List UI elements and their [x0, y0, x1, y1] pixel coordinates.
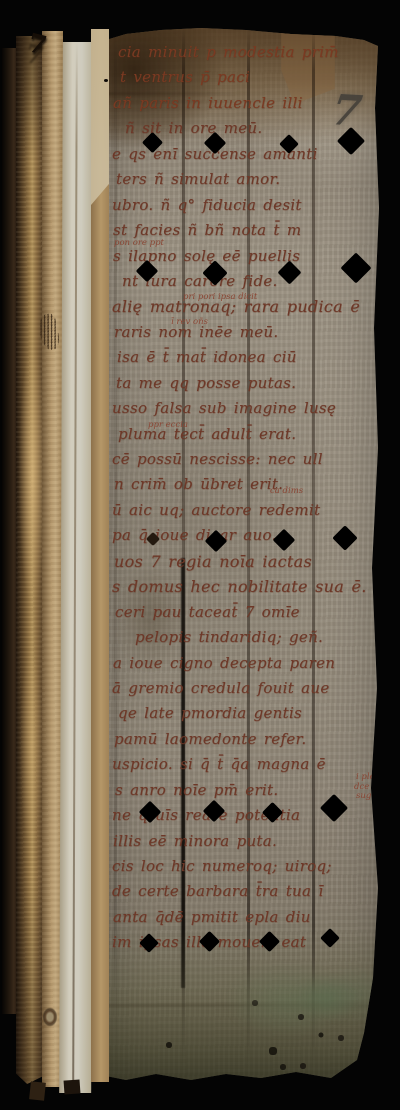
lacing-hole: [261, 801, 282, 822]
lacing-hole: [141, 131, 162, 152]
sewing-hole: [40, 1004, 60, 1030]
lining-strip-cream: [59, 42, 95, 1093]
lacing-hole: [332, 525, 357, 550]
lacing-hole: [203, 800, 226, 823]
lacing-hole: [139, 801, 162, 824]
lacing-hole: [340, 252, 371, 283]
lacing-hole: [273, 529, 296, 552]
lacing-hole: [320, 928, 340, 948]
manuscript-fragment: cia minuit p modestia prim̄t ventrus p̄ …: [0, 0, 400, 1110]
lacing-hole: [277, 260, 301, 284]
parchment-page: cia minuit p modestia prim̄t ventrus p̄ …: [106, 28, 382, 1084]
manuscript-photo: { "page": { "background_color": "#040404…: [0, 0, 400, 1110]
lining-overlay-top: [91, 29, 109, 205]
lacing-hole: [146, 532, 160, 546]
lacing-hole: [204, 132, 227, 155]
lacing-hole: [139, 933, 159, 953]
lacing-hole: [279, 134, 299, 154]
lacing-holes: [106, 28, 382, 1084]
lacing-hole: [202, 260, 227, 285]
lacing-hole: [258, 930, 279, 951]
parchment-tab: [64, 1079, 81, 1094]
lacing-hole: [320, 794, 348, 822]
lacing-hole: [198, 930, 219, 951]
lining-crease: [72, 42, 78, 1093]
spine-strip-gilt: [16, 36, 44, 1084]
lining-strip-tan-2: [91, 29, 109, 1082]
lacing-hole: [136, 260, 159, 283]
dirt-speck: [104, 79, 108, 82]
lacing-hole: [205, 530, 228, 553]
parchment-tab: [29, 1081, 46, 1100]
